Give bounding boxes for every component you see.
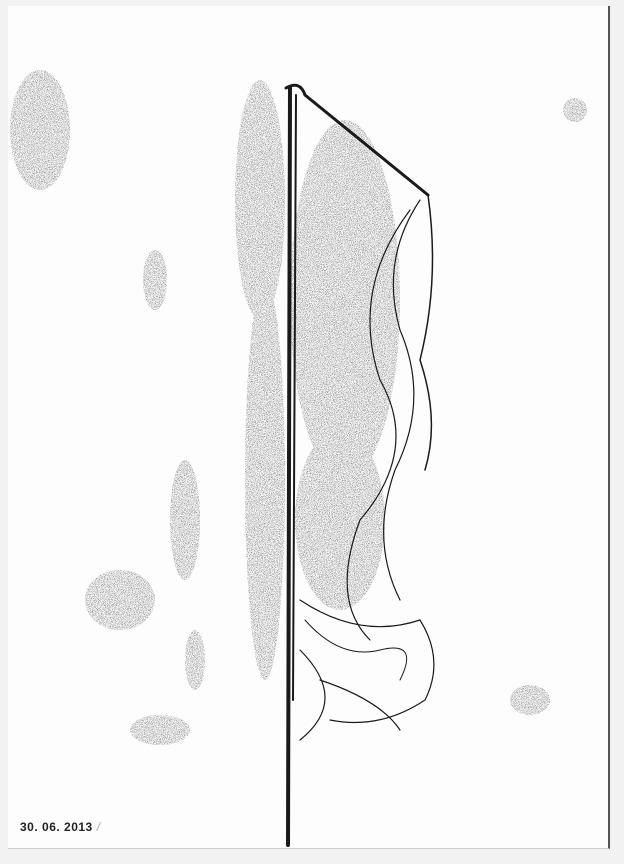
stamp-mark: / — [97, 820, 101, 834]
date-stamp: 30. 06. 2013/ — [20, 820, 101, 834]
flag-drawing — [0, 0, 624, 864]
scan-page: 30. 06. 2013/ — [0, 0, 624, 864]
date-text: 30. 06. 2013 — [20, 820, 93, 834]
